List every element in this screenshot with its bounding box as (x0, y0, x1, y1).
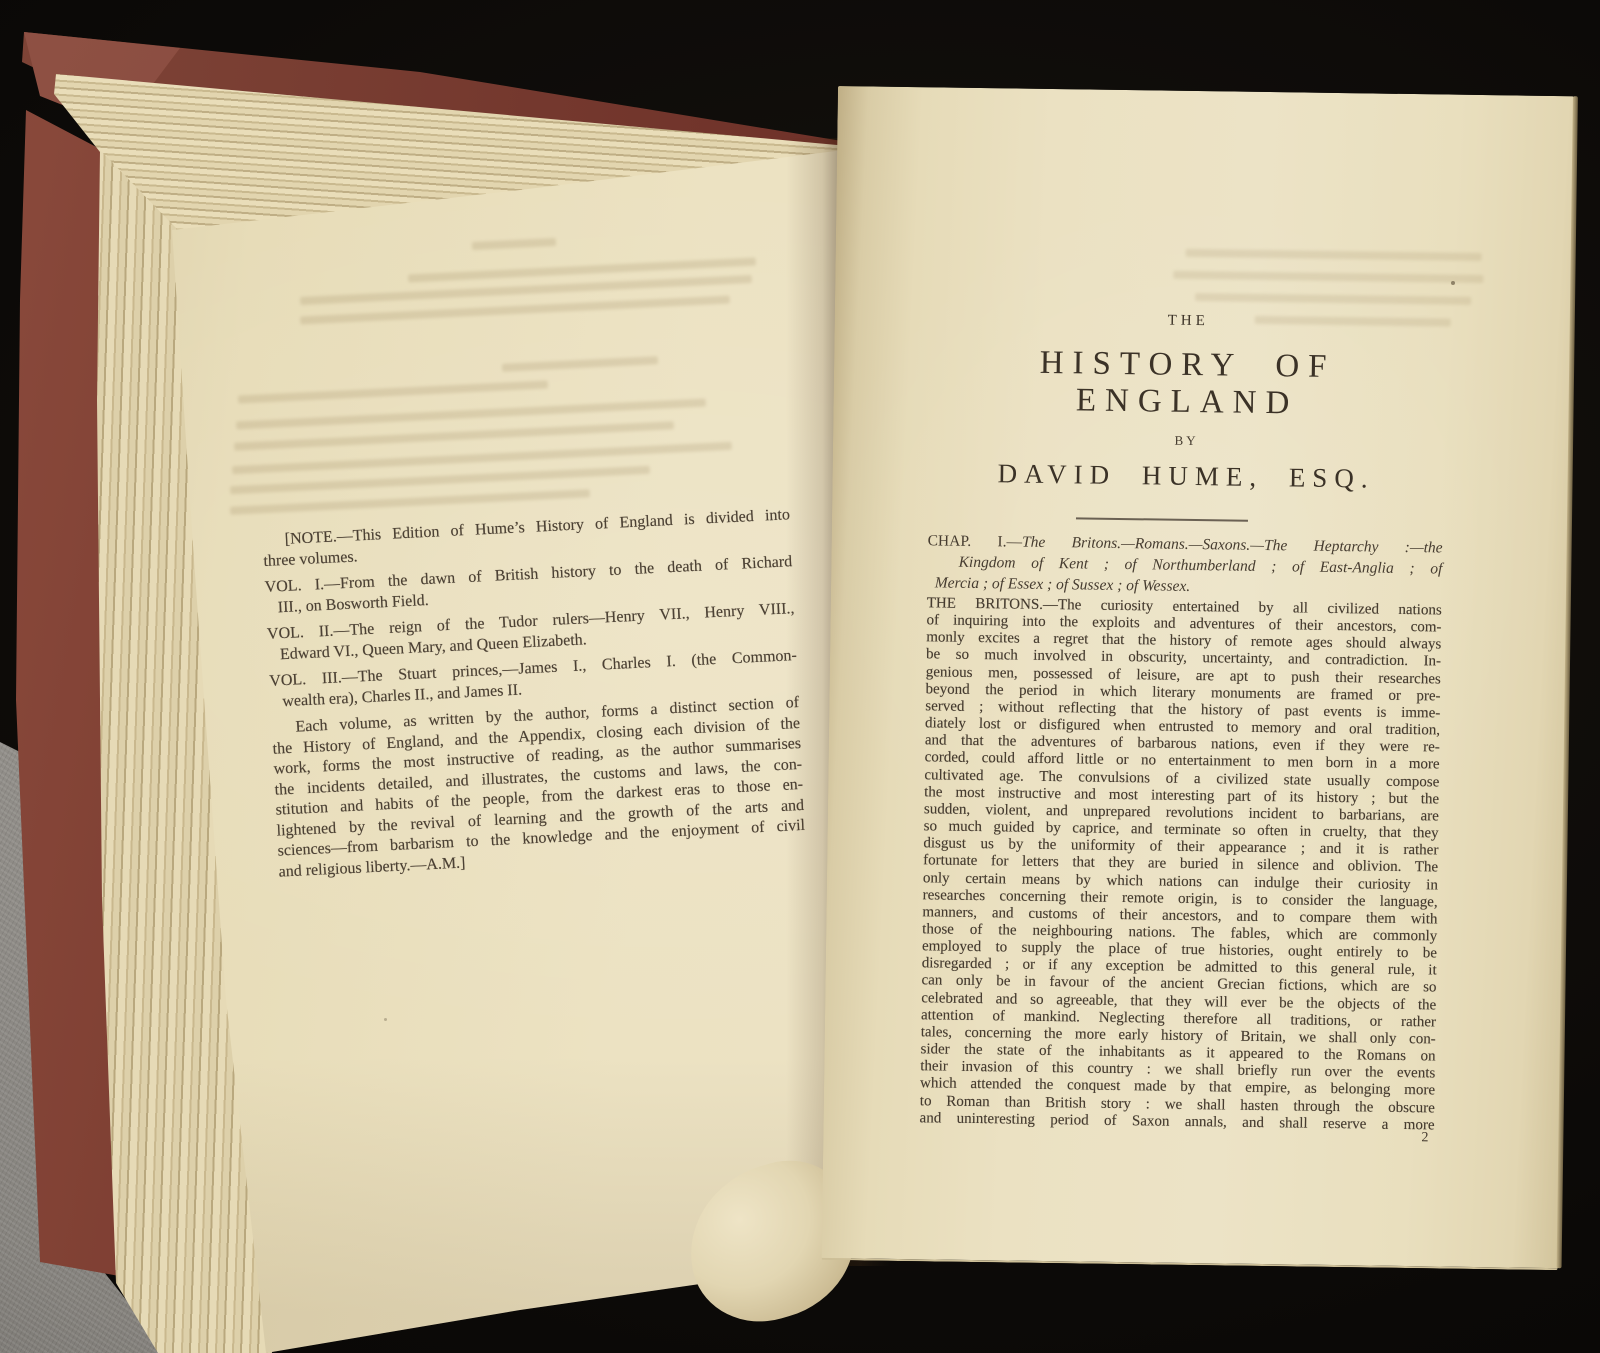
title-rule (1076, 517, 1248, 521)
photo-of-open-book: [NOTE.—This Edition of Hume’s History of… (0, 0, 1600, 1353)
paper-speck (384, 1018, 387, 1021)
author-name: DAVID HUME, ESQ. (928, 457, 1443, 495)
note-closing-paragraph: Each volume, as written by the author, f… (271, 693, 806, 883)
chapter-number: CHAP. I.— (928, 532, 1023, 550)
left-page-note-text: [NOTE.—This Edition of Hume’s History of… (262, 505, 807, 888)
title-the: THE (931, 309, 1446, 333)
body-text: THE BRITONS.—The curiosity entertained b… (919, 595, 1441, 1134)
paper-speck (1451, 281, 1455, 285)
paper-speck (989, 760, 992, 763)
page-number: 2 (1421, 1130, 1428, 1146)
title-by: BY (929, 429, 1444, 452)
chapter-heading: CHAP. I.—The Britons.—Romans.—Saxons.—Th… (927, 530, 1443, 600)
right-page-text-column: THE HISTORY OF ENGLAND BY DAVID HUME, ES… (918, 87, 1449, 1266)
right-page: THE HISTORY OF ENGLAND BY DAVID HUME, ES… (822, 86, 1574, 1270)
page-title: HISTORY OF ENGLAND (929, 343, 1445, 424)
